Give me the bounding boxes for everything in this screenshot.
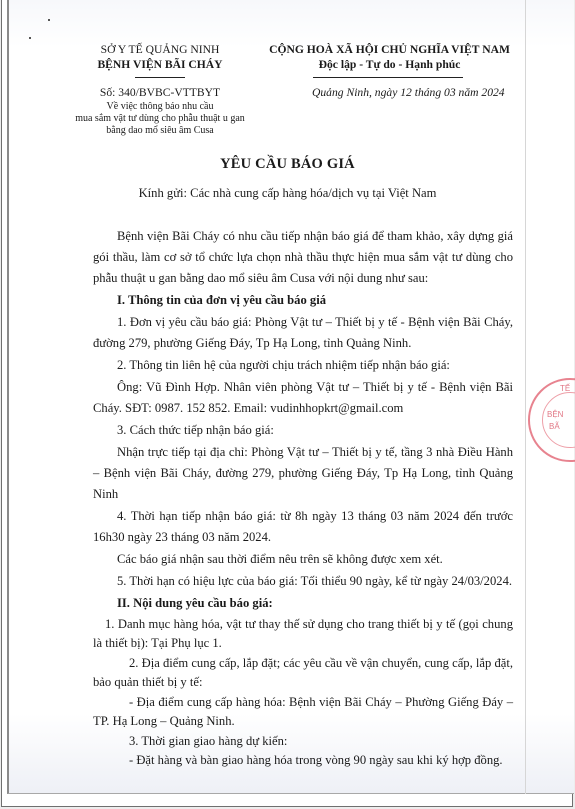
section-1-item-4: 4. Thời hạn tiếp nhận báo giá: từ 8h ngà… <box>93 506 513 548</box>
section-1-item-5: 5. Thời hạn có hiệu lực của báo giá: Tối… <box>93 571 513 592</box>
intro-paragraph: Bệnh viện Bãi Cháy có nhu cầu tiếp nhận … <box>93 226 513 289</box>
place-date: Quảng Ninh, ngày 12 tháng 03 năm 2024 <box>312 86 505 99</box>
seal-text-top: TẾ <box>560 384 570 393</box>
nation-name: CỘNG HOÀ XÃ HỘI CHỦ NGHĨA VIỆT NAM <box>262 43 517 56</box>
section-2-item-3: 3. Thời gian giao hàng dự kiến: <box>93 732 513 751</box>
section-1-item-4-note: Các báo giá nhận sau thời điểm nêu trên … <box>93 549 513 570</box>
subject-line-2: mua sắm vật tư dùng cho phẫu thuật u gan <box>55 113 265 124</box>
greeting: Kính gửi: Các nhà cung cấp hàng hóa/dịch… <box>0 186 575 201</box>
scan-speck <box>48 19 50 21</box>
document-body: Bệnh viện Bãi Cháy có nhu cầu tiếp nhận … <box>93 226 513 771</box>
section-1-item-3-detail: Nhận trực tiếp tại địa chỉ: Phòng Vật tư… <box>93 442 513 505</box>
section-2-item-2: 2. Địa điểm cung cấp, lắp đặt; các yêu c… <box>93 654 513 692</box>
section-2-item-3-detail: - Đặt hàng và bàn giao hàng hóa trong vò… <box>93 751 513 770</box>
document-number: Số: 340/BVBC-VTTBYT <box>55 86 265 99</box>
seal-text-middle-1: BỆN <box>547 410 563 419</box>
section-1-item-2: 2. Thông tin liên hệ của người chịu trác… <box>93 355 513 376</box>
seal-inner-ring <box>542 392 575 448</box>
section-1-item-1: 1. Đơn vị yêu cầu báo giá: Phòng Vật tư … <box>93 312 513 354</box>
scan-speck <box>29 37 31 39</box>
section-2-item-2-detail: - Địa điểm cung cấp hàng hóa: Bệnh viện … <box>93 693 513 731</box>
motto-underline <box>313 77 463 78</box>
section-2-item-1: 1. Danh mục hàng hóa, vật tư thay thế sử… <box>93 615 513 653</box>
seal-text-middle-2: BÃ <box>549 422 560 431</box>
section-2-heading: II. Nội dung yêu cầu báo giá: <box>93 593 513 614</box>
document-title: YÊU CẦU BÁO GIÁ <box>0 156 575 173</box>
national-motto: Độc lập - Tự do - Hạnh phúc <box>262 58 517 71</box>
department-name: SỞ Y TẾ QUẢNG NINH <box>55 43 265 56</box>
organization-underline <box>135 77 185 78</box>
section-1-heading: I. Thông tin của đơn vị yêu cầu báo giá <box>93 290 513 311</box>
section-1-item-3: 3. Cách thức tiếp nhận báo giá: <box>93 420 513 441</box>
section-1-item-2-detail: Ông: Vũ Đình Hợp. Nhân viên phòng Vật tư… <box>93 377 513 419</box>
subject-line-3: bằng dao mổ siêu âm Cusa <box>55 125 265 136</box>
subject-line-1: Về việc thông báo nhu cầu <box>55 101 265 112</box>
organization-name: BỆNH VIỆN BÃI CHÁY <box>55 58 265 71</box>
page-edge-line <box>525 0 526 794</box>
